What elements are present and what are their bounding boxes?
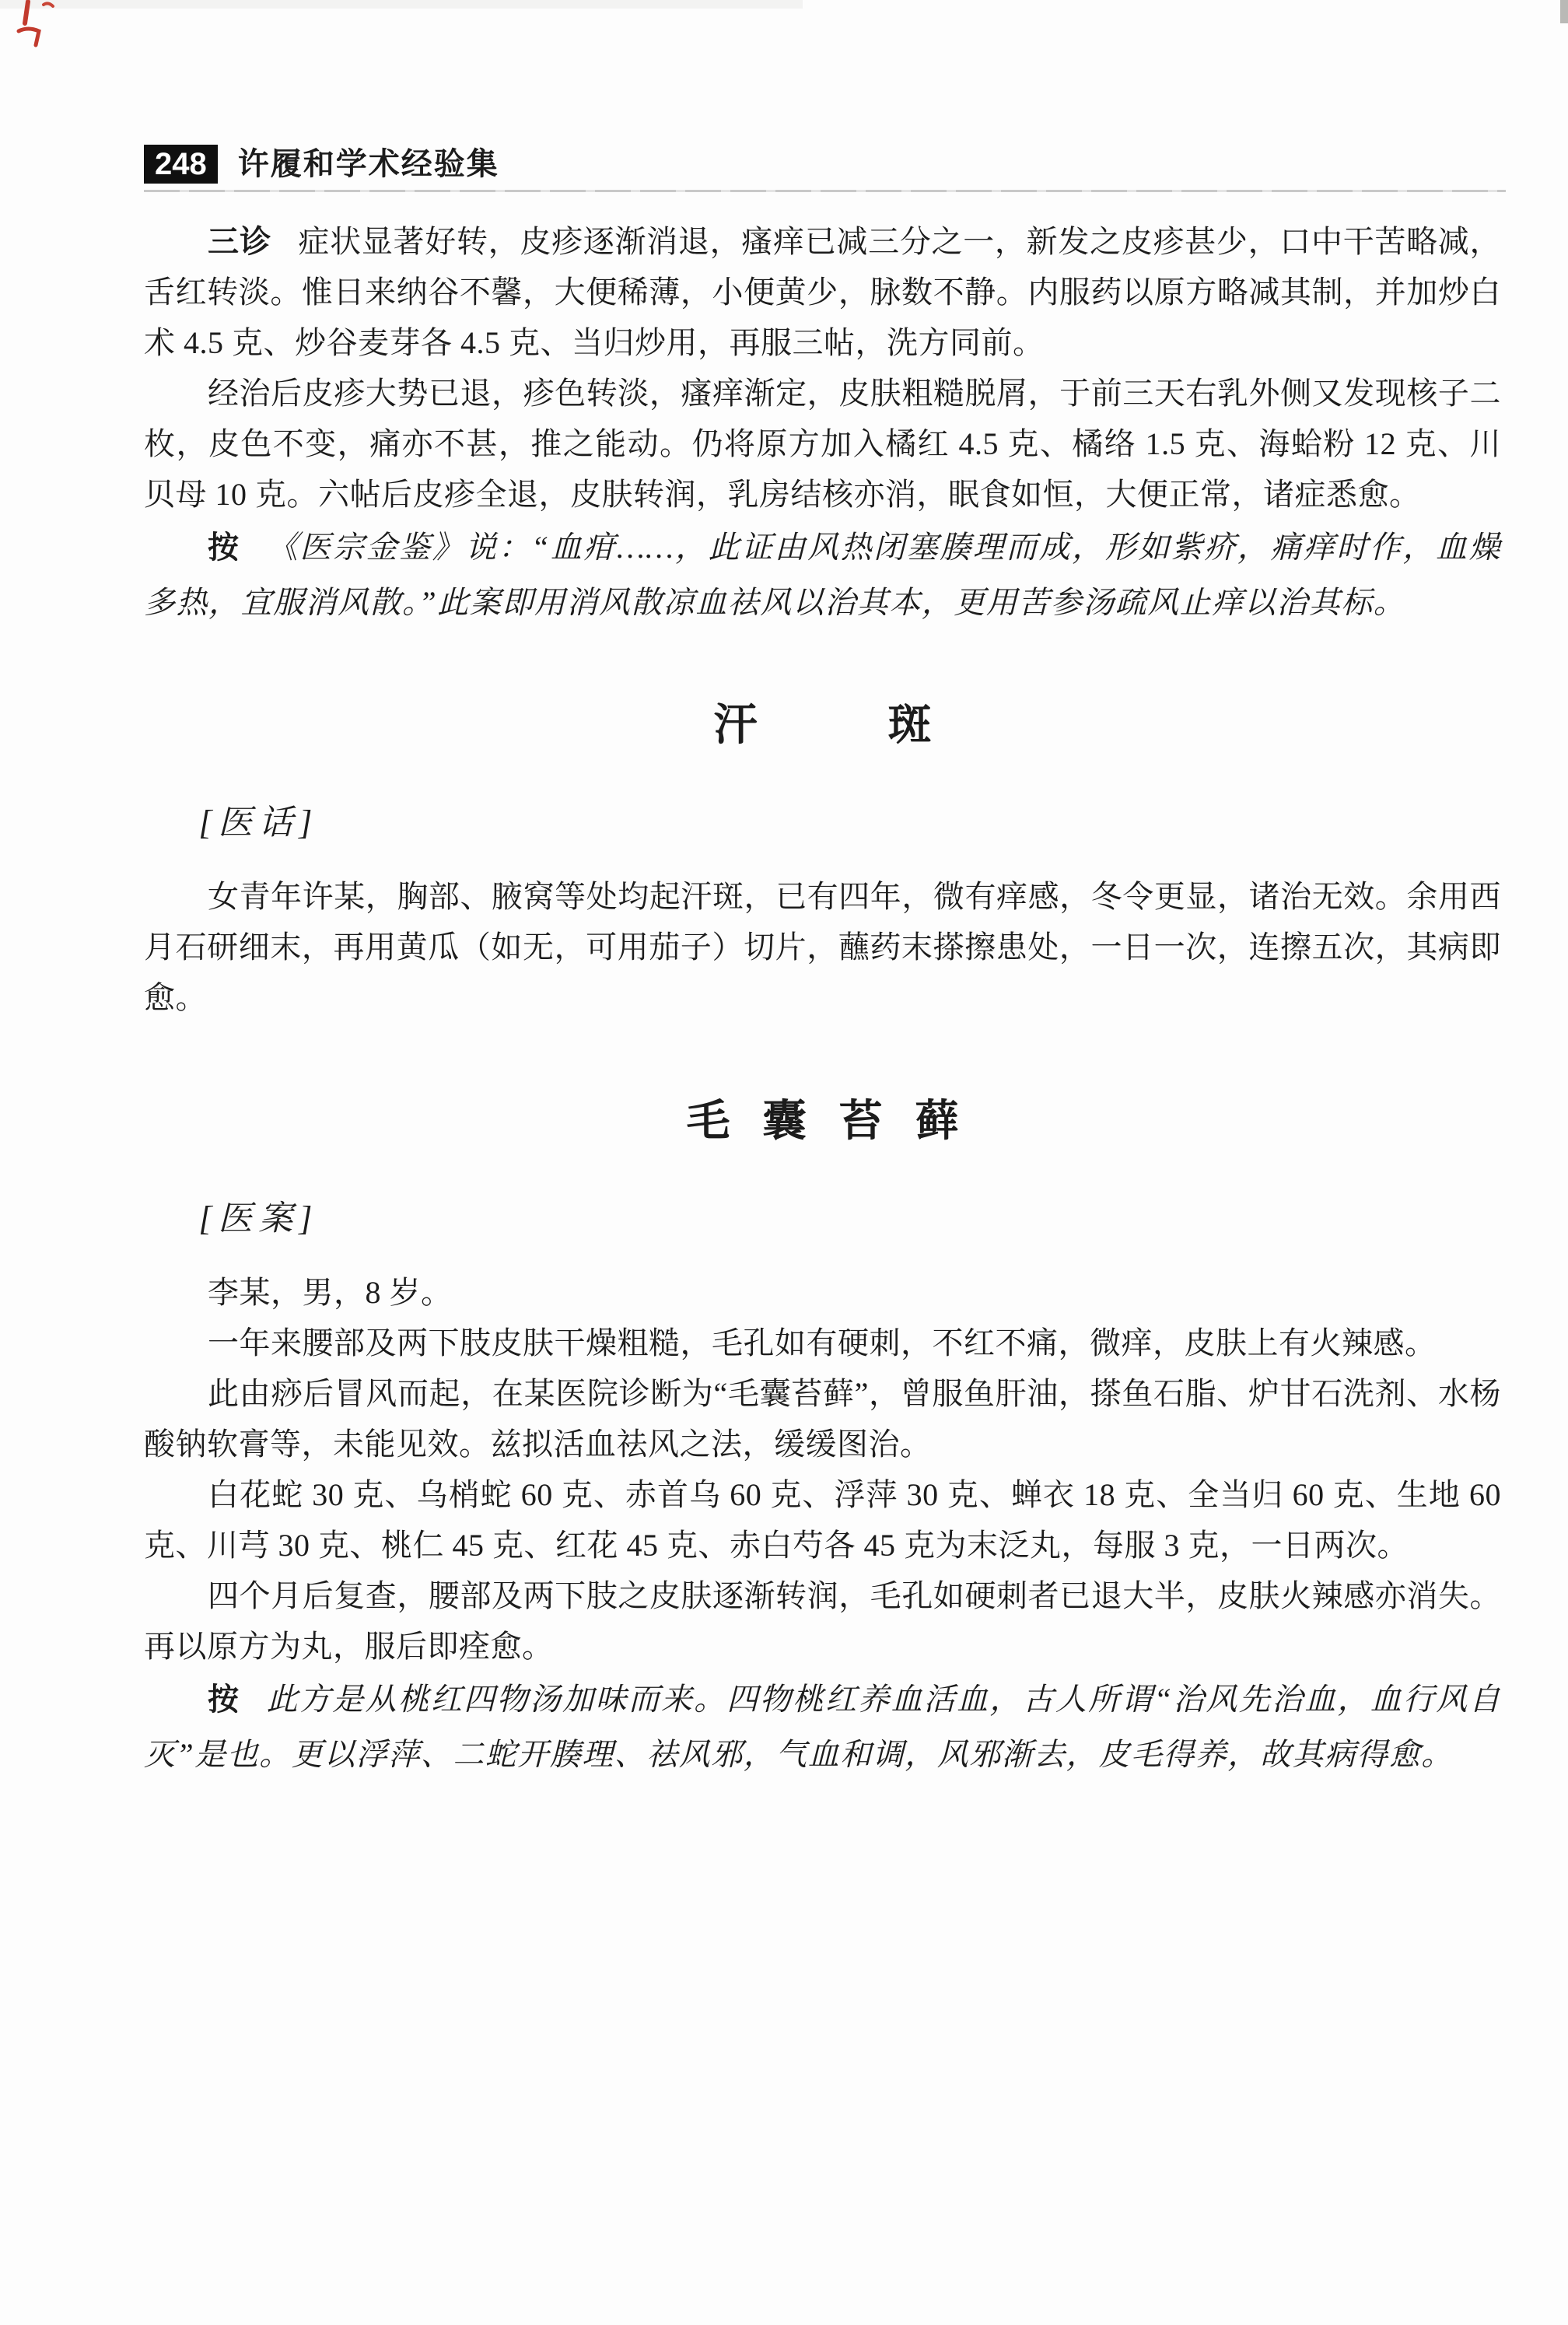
prescription-text: 白花蛇 30 克、乌梢蛇 60 克、赤首乌 60 克、浮萍 30 克、蝉衣 18… — [144, 1477, 1501, 1563]
section-label-yian: [医案] — [144, 1199, 1501, 1239]
patient-text: 李某，男，8 岁。 — [208, 1275, 453, 1310]
book-title: 许履和学术经验集 — [238, 145, 499, 184]
corner-scan-artifact — [1560, 0, 1568, 23]
paragraph-history: 一年来腰部及两下肢皮肤干燥粗糙，毛孔如有硬刺，不红不痛，微痒，皮肤上有火辣感。 — [144, 1318, 1501, 1368]
section-title-maonang: 毛囊苔藓 — [144, 1098, 1501, 1144]
paragraph-note-maonang: 按此方是从桃红四物汤加味而来。四物桃红养血活血，古人所谓“治风先治血，血行风自灭… — [144, 1672, 1501, 1782]
paragraph-prescription: 白花蛇 30 克、乌梢蛇 60 克、赤首乌 60 克、浮萍 30 克、蝉衣 18… — [144, 1469, 1501, 1570]
third-visit-text: 症状显著好转，皮疹逐渐消退，瘙痒已减三分之一，新发之皮疹甚少，口中干苦略减，舌红… — [144, 224, 1501, 360]
paragraph-result: 四个月后复查，腰部及两下肢之皮肤逐渐转润，毛孔如硬刺者已退大半，皮肤火辣感亦消失… — [144, 1570, 1501, 1672]
paragraph-followup: 经治后皮疹大势已退，疹色转淡，瘙痒渐定，皮肤粗糙脱屑，于前三天右乳外侧又发现核子… — [144, 368, 1501, 520]
paragraph-third-visit: 三诊症状显著好转，皮疹逐渐消退，瘙痒已减三分之一，新发之皮疹甚少，口中干苦略减，… — [144, 216, 1501, 368]
page-content: 三诊症状显著好转，皮疹逐渐消退，瘙痒已减三分之一，新发之皮疹甚少，口中干苦略减，… — [144, 216, 1501, 1782]
note2-lead: 按 — [208, 1682, 240, 1717]
history-text: 一年来腰部及两下肢皮肤干燥粗糙，毛孔如有硬刺，不红不痛，微痒，皮肤上有火辣感。 — [208, 1325, 1437, 1360]
paragraph-note-eczema: 按《医宗金鉴》说：“血疳……，此证由风热闭塞腠理而成，形如紫疥，痛痒时作，血燥多… — [144, 520, 1501, 630]
followup-text: 经治后皮疹大势已退，疹色转淡，瘙痒渐定，皮肤粗糙脱屑，于前三天右乳外侧又发现核子… — [144, 376, 1501, 512]
header-divider — [144, 190, 1506, 192]
note-text: 《医宗金鉴》说：“血疳……，此证由风热闭塞腠理而成，形如紫疥，痛痒时作，血燥多热… — [144, 530, 1501, 620]
third-visit-lead: 三诊 — [208, 224, 271, 259]
section-title-hanban: 汗斑 — [144, 702, 1501, 748]
page-number-badge: 248 — [144, 145, 218, 184]
paragraph-patient: 李某，男，8 岁。 — [144, 1267, 1501, 1318]
paragraph-diagnosis: 此由痧后冒风而起，在某医院诊断为“毛囊苔藓”，曾服鱼肝油，搽鱼石脂、炉甘石洗剂、… — [144, 1368, 1501, 1469]
result-text: 四个月后复查，腰部及两下肢之皮肤逐渐转润，毛孔如硬刺者已退大半，皮肤火辣感亦消失… — [144, 1578, 1501, 1664]
book-page: 248 许履和学术经验集 三诊症状显著好转，皮疹逐渐消退，瘙痒已减三分之一，新发… — [0, 0, 1568, 2325]
hanban-case-text: 女青年许某，胸部、腋窝等处均起汗斑，已有四年，微有痒感，冬令更显，诸治无效。余用… — [144, 879, 1501, 1015]
note2-text: 此方是从桃红四物汤加味而来。四物桃红养血活血，古人所谓“治风先治血，血行风自灭”… — [144, 1682, 1501, 1772]
note-lead: 按 — [208, 530, 240, 565]
red-pen-marks-icon — [12, 0, 67, 54]
diagnosis-text: 此由痧后冒风而起，在某医院诊断为“毛囊苔藓”，曾服鱼肝油，搽鱼石脂、炉甘石洗剂、… — [144, 1376, 1501, 1462]
page-header: 248 许履和学术经验集 — [144, 145, 1506, 193]
scan-edge-artifact — [0, 0, 803, 9]
section-label-yihua: [医话] — [144, 803, 1501, 843]
paragraph-hanban-case: 女青年许某，胸部、腋窝等处均起汗斑，已有四年，微有痒感，冬令更显，诸治无效。余用… — [144, 871, 1501, 1023]
